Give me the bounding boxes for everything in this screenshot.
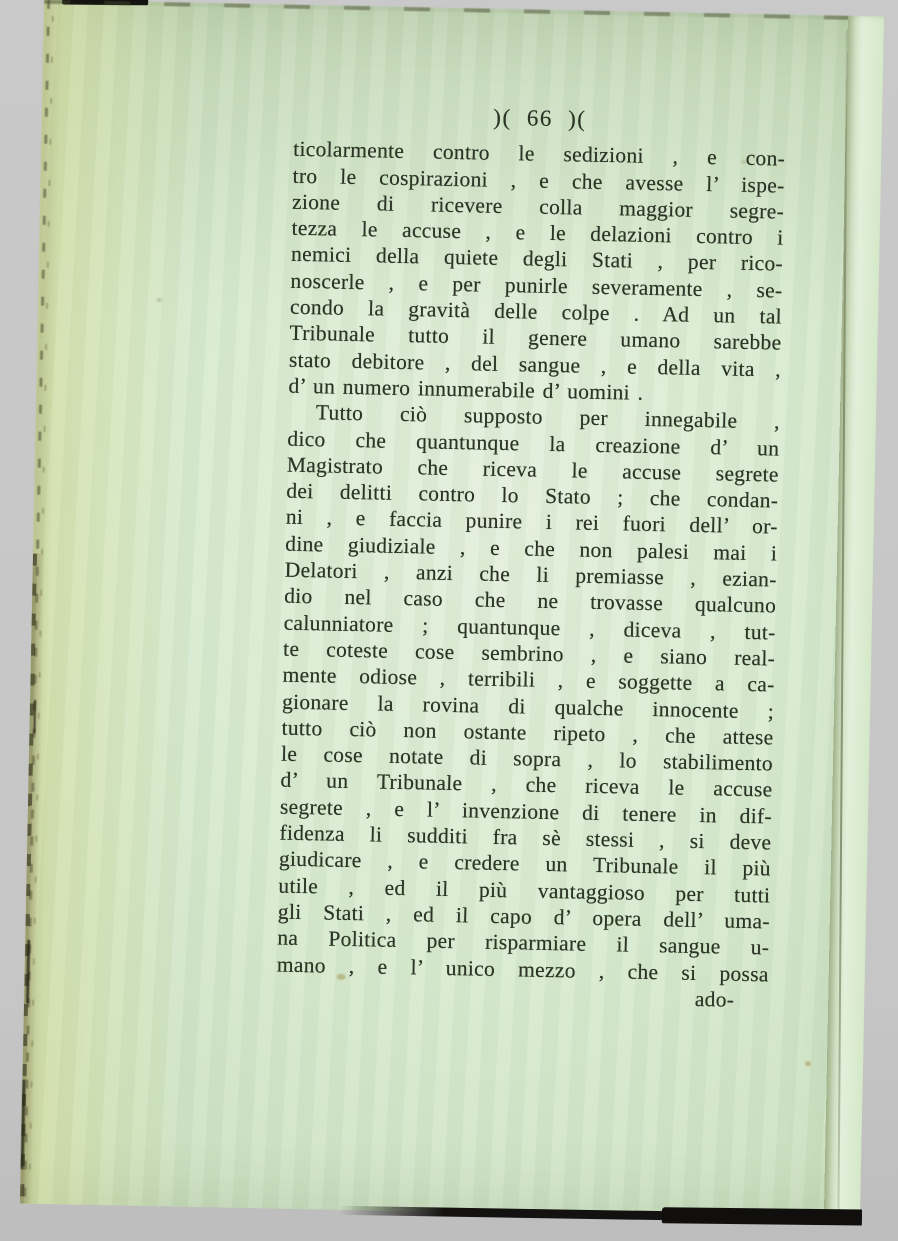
book-page: )( 66 )( ticolarmente contro le sedizion… (20, 0, 884, 1220)
foxing-spot (156, 298, 162, 302)
text-column: ticolarmente contro le sedizioni , e con… (277, 136, 786, 987)
page-text: )( 66 )( ticolarmente contro le sedizion… (276, 101, 786, 1014)
foxing-spot (805, 1061, 811, 1066)
scan-artifact-bottom-right (662, 1207, 862, 1225)
